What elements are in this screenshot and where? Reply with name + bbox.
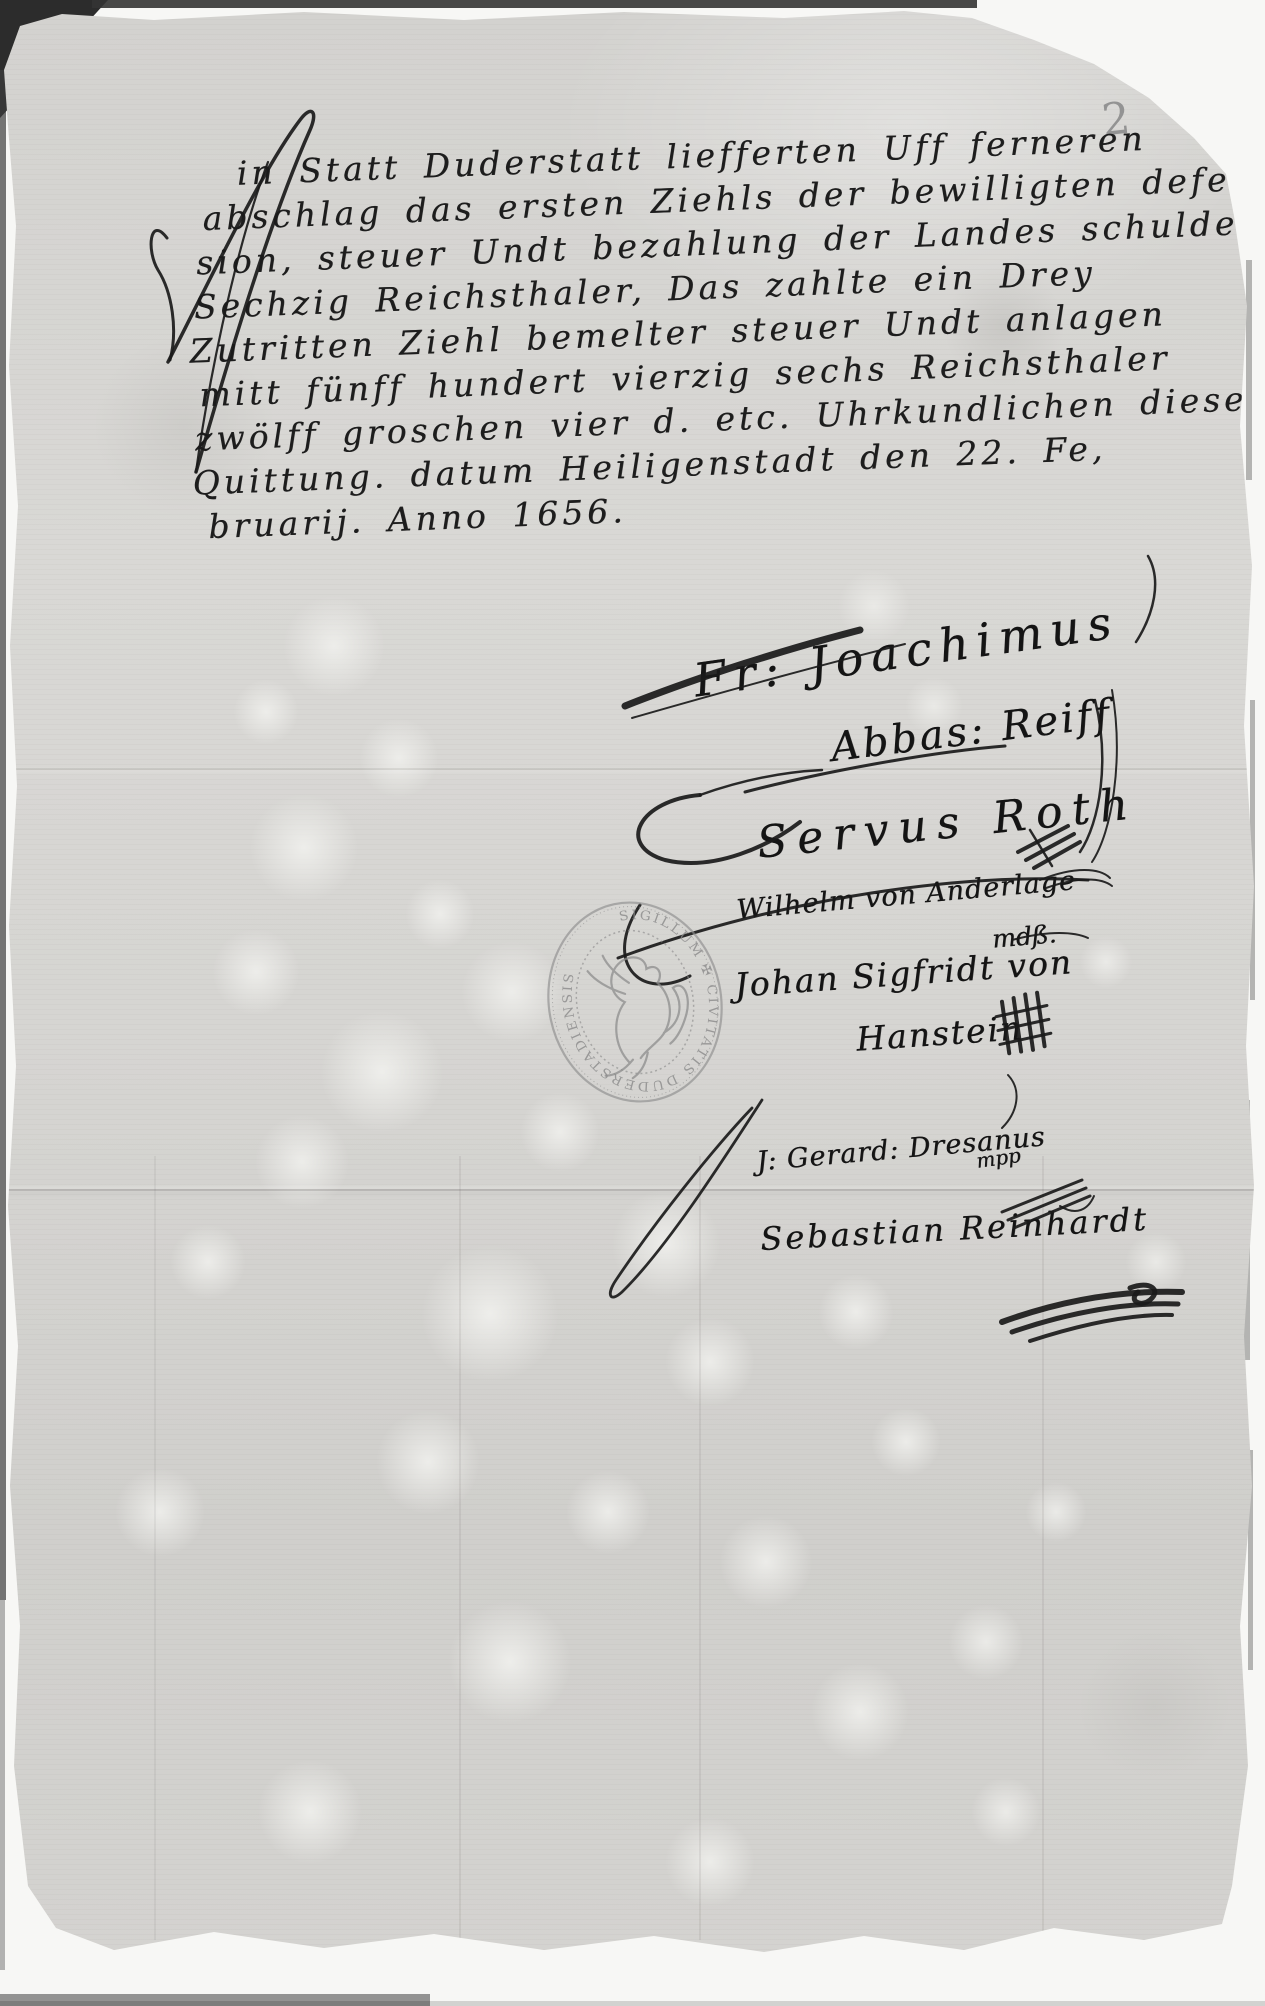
signature-dresanus-mpp: mpp [975,1143,1022,1173]
paper-sheet: 2 in Statt Duderstatt liefferten Uff fer… [4,6,1258,1970]
signature-joachimus: Fr: Joachimus [690,594,1122,707]
signature-hanstein: Hanstein [855,1008,1025,1059]
scanner-edge-left [0,70,6,1600]
signature-johan-sigfridt: Johan Sigfridt von [733,942,1074,1005]
manuscript-text-block: in Statt Duderstatt liefferten Uff ferne… [180,112,1265,549]
fold-crease-vertical [1042,1156,1044,1940]
scanner-edge-left-lower [0,1600,5,1970]
scanner-edge-bottom [0,1994,430,2006]
scanner-edge-bottom-line [0,2001,1265,2006]
signature-wilhelm: Wilhelm von Anderlage [735,865,1077,926]
signature-sebastian-reinhardt: Sebastian Reinhardt [759,1200,1149,1258]
fold-crease-vertical [459,1156,461,1940]
signature-servus-roth: Servus Roth [754,778,1140,869]
signature-abbas-reiff: Abbas: Reiff [828,691,1114,771]
fold-crease-horizontal [4,768,1258,770]
scanner-edge-top [92,0,977,8]
fold-crease-horizontal [4,1189,1258,1191]
fold-crease-vertical [699,1156,701,1940]
paper-edge-shadow [1246,260,1252,480]
fold-crease-vertical [154,1156,156,1940]
scanned-document: 2 in Statt Duderstatt liefferten Uff fer… [0,0,1265,2006]
